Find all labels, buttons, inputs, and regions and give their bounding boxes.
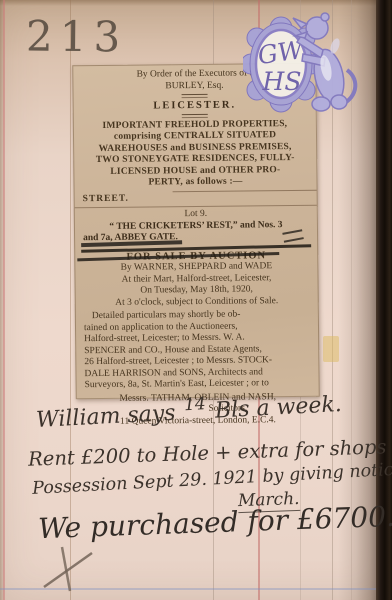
ledger-page: 213 By Order of the Executors of t BURLE… <box>0 0 392 600</box>
pencil-cross-mark <box>40 543 100 593</box>
inserted-number: 14 <box>184 394 207 415</box>
particulars-paragraph: Detailed particulars may shortly be ob- … <box>84 309 311 392</box>
auction-lines: By WARNER, SHEPPARD and WADE At their Ma… <box>83 261 309 309</box>
divider <box>182 94 208 98</box>
monogram-hs: HS <box>262 67 302 96</box>
ink-double-tick <box>282 229 303 243</box>
gwhs-society-logo: GW HS <box>243 6 377 124</box>
ledger-rule-vertical <box>3 0 5 600</box>
divider <box>182 113 208 117</box>
lot-line2: and 7a, ABBEY GATE. <box>83 231 309 245</box>
ledger-rule-vertical <box>70 0 71 600</box>
clipping-street-fragment: STREET. <box>83 191 309 205</box>
page-number: 213 <box>26 12 128 62</box>
clipping-intro: IMPORTANT FREEHOLD PROPERTIES, comprisin… <box>82 118 309 189</box>
tape-stain <box>323 336 339 362</box>
auction-heading: FOR SALE BY AUCTION <box>83 249 309 263</box>
